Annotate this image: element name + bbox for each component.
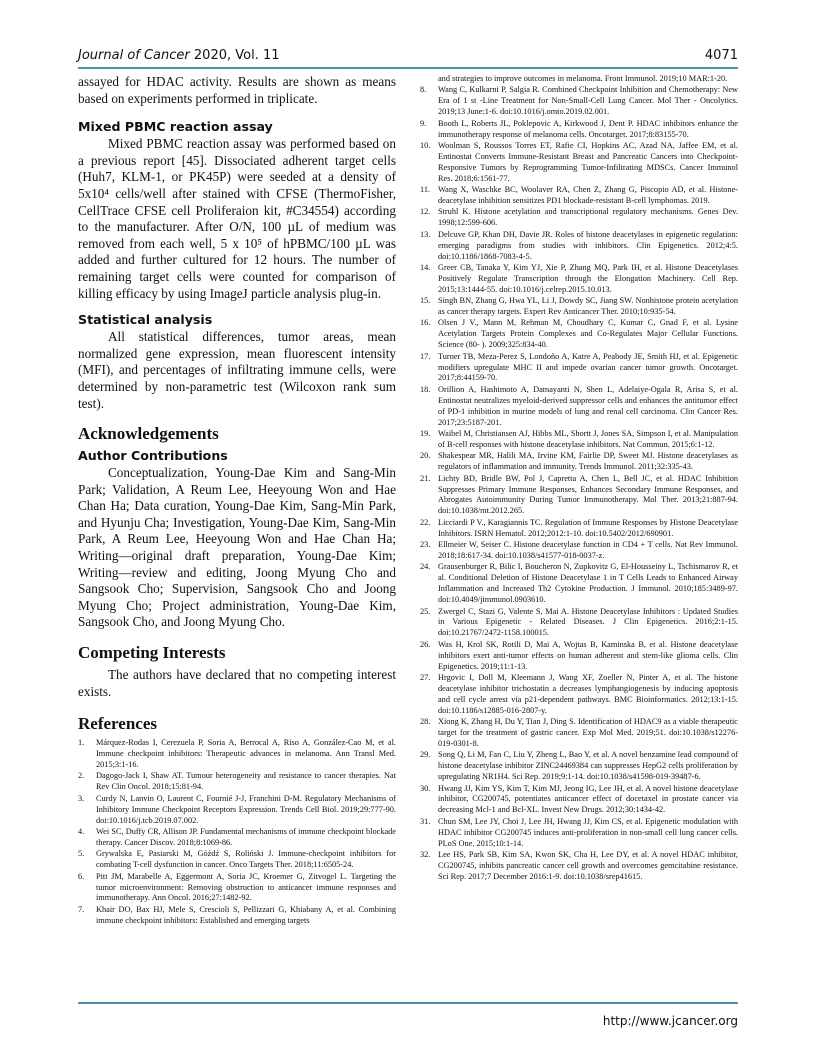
reference-item: 11.Wang X, Waschke BC, Woolaver RA, Chen… xyxy=(420,185,738,207)
reference-item: 19.Waibel M, Christiansen AJ, Hibbs ML, … xyxy=(420,429,738,451)
reference-item: 23.Ellmeier W, Seiser C. Histone deacety… xyxy=(420,540,738,562)
page-header: Journal of Cancer 2020, Vol. 11 4071 xyxy=(78,44,738,66)
reference-item: 31.Chun SM, Lee JY, Choi J, Lee JH, Hwan… xyxy=(420,817,738,850)
reference-item: 9.Booth L, Roberts JL, Poklepovic A, Kir… xyxy=(420,119,738,141)
reference-item: 25.Zwergel C, Stazi G, Valente S, Mai A.… xyxy=(420,607,738,640)
reference-item: 29.Song Q, Li M, Fan C, Liu Y, Zheng L, … xyxy=(420,750,738,783)
reference-item: 13.Delcuve GP, Khan DH, Davie JR. Roles … xyxy=(420,230,738,263)
reference-item: 12.Struhl K. Histone acetylation and tra… xyxy=(420,207,738,229)
header-rule xyxy=(78,67,738,69)
reference-item: 24.Grausenburger R, Bilic I, Boucheron N… xyxy=(420,562,738,606)
author-contributions-heading: Author Contributions xyxy=(78,448,396,463)
reference-item: 32.Lee HS, Park SB, Kim SA, Kwon SK, Cha… xyxy=(420,850,738,883)
reference-item: 17.Turner TB, Meza-Perez S, Londoño A, K… xyxy=(420,352,738,385)
competing-interests-paragraph: The authors have declared that no compet… xyxy=(78,667,396,700)
left-column: assayed for HDAC activity. Results are s… xyxy=(78,74,396,927)
reference-item: 5.Grywalska E, Pasiarski M, Góźdź S, Rol… xyxy=(78,849,396,871)
reference-item: 15.Singh BN, Zhang G, Hwa YL, Li J, Dowd… xyxy=(420,296,738,318)
right-column: and strategies to improve outcomes in me… xyxy=(420,74,738,883)
references-heading: References xyxy=(78,714,396,734)
reference-item: 7.Khair DO, Bax HJ, Mele S, Crescioli S,… xyxy=(78,905,396,927)
author-contributions-paragraph: Conceptualization, Young-Dae Kim and San… xyxy=(78,465,396,631)
pbmc-paragraph: Mixed PBMC reaction assay was performed … xyxy=(78,136,396,302)
reference-item: 3.Curdy N, Lanvin O, Laurent C, Fournié … xyxy=(78,794,396,827)
reference-item: 18.Orillion A, Hashimoto A, Damayanti N,… xyxy=(420,385,738,429)
reference-item: 6.Pitt JM, Marabelle A, Eggermont A, Sor… xyxy=(78,872,396,905)
reference-item: 26.Was H, Krol SK, Rotili D, Mai A, Wojt… xyxy=(420,640,738,673)
intro-paragraph: assayed for HDAC activity. Results are s… xyxy=(78,74,396,107)
reference-item: 30.Hwang JJ, Kim YS, Kim T, Kim MJ, Jeon… xyxy=(420,784,738,817)
reference-item-continued: and strategies to improve outcomes in me… xyxy=(420,74,738,85)
footer-rule xyxy=(78,1002,738,1004)
acknowledgements-heading: Acknowledgements xyxy=(78,424,396,444)
competing-interests-heading: Competing Interests xyxy=(78,643,396,663)
reference-item: 28.Xiong K, Zhang H, Du Y, Tian J, Ding … xyxy=(420,717,738,750)
reference-item: 8.Wang C, Kulkarni P, Salgia R. Combined… xyxy=(420,85,738,118)
page-number: 4071 xyxy=(705,48,738,63)
stats-heading: Statistical analysis xyxy=(78,312,396,327)
stats-paragraph: All statistical differences, tumor areas… xyxy=(78,329,396,412)
journal-url-link[interactable]: http://www.jcancer.org xyxy=(603,1014,738,1028)
references-list-right: and strategies to improve outcomes in me… xyxy=(420,74,738,883)
pbmc-heading: Mixed PBMC reaction assay xyxy=(78,119,396,134)
reference-item: 27.Hrgovic I, Doll M, Kleemann J, Wang X… xyxy=(420,673,738,717)
reference-item: 22.Licciardi P V., Karagiannis TC. Regul… xyxy=(420,518,738,540)
journal-title: Journal of Cancer 2020, Vol. 11 xyxy=(78,48,280,63)
reference-item: 20.Shakespear MR, Halili MA, Irvine KM, … xyxy=(420,451,738,473)
references-list-left: 1.Márquez-Rodas I, Cerezuela P, Soria A,… xyxy=(78,738,396,926)
reference-item: 16.Olsen J V., Mann M, Rehman M, Choudha… xyxy=(420,318,738,351)
reference-item: 14.Greer CB, Tanaka Y, Kim YJ, Xie P, Zh… xyxy=(420,263,738,296)
reference-item: 10.Woolman S, Roussos Torres ET, Rafie C… xyxy=(420,141,738,185)
reference-item: 1.Márquez-Rodas I, Cerezuela P, Soria A,… xyxy=(78,738,396,771)
reference-item: 2.Dagogo-Jack I, Shaw AT. Tumour heterog… xyxy=(78,771,396,793)
reference-item: 21.Lichty BD, Bridle BW, Pol J, Capretta… xyxy=(420,474,738,518)
reference-item: 4.Wei SC, Duffy CR, Allison JP. Fundamen… xyxy=(78,827,396,849)
